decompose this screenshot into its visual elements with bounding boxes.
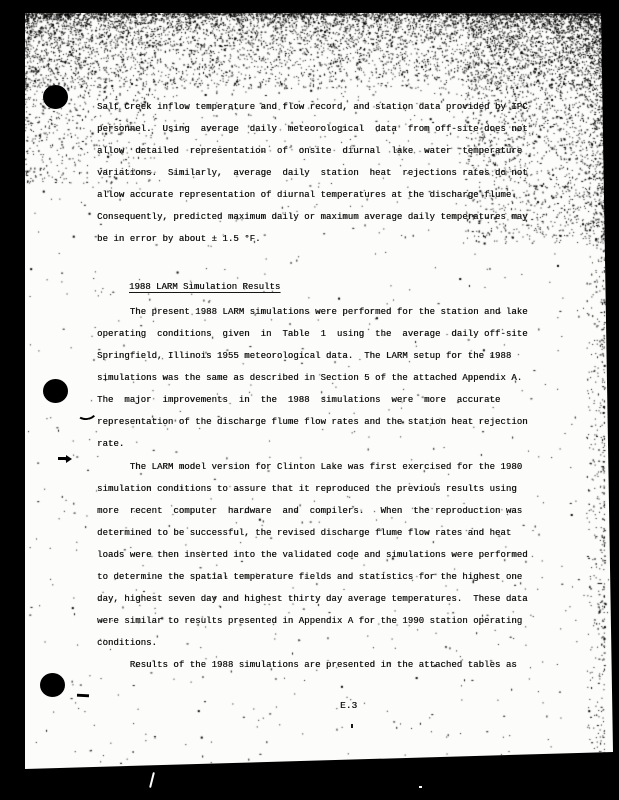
scanned-document: Salt Creek inflow temperature and flow r…	[0, 0, 619, 800]
text-line: allow detailed representation of onsite …	[97, 140, 528, 162]
text-line: allow accurate representation of diurnal…	[97, 184, 528, 206]
text-line: to determine the spatial temperature fie…	[97, 566, 528, 588]
text-line: variations. Similarly, average daily sta…	[97, 162, 528, 184]
hole-punch-top	[43, 85, 68, 109]
text-line: Springfield, Illinois 1955 meteorologica…	[97, 345, 528, 367]
handwritten-arrow-mark	[58, 457, 67, 460]
text-line: be in error by about ± 1.5 °F.	[97, 228, 528, 250]
text-line: operating conditions given in Table 1 us…	[97, 323, 528, 345]
text-line: were similar to results presented in App…	[97, 610, 528, 632]
text-line: simulation conditions to assure that it …	[97, 478, 528, 500]
paragraph-1: Salt Creek inflow temperature and flow r…	[97, 96, 528, 250]
text-line: more recent computer hardware and compil…	[97, 500, 528, 522]
text-line: Consequently, predicted maximum daily or…	[97, 206, 528, 228]
text-line: simulations was the same as described in…	[97, 367, 528, 389]
text-line: day, highest seven day and highest thirt…	[97, 588, 528, 610]
text-line: rate.	[97, 433, 528, 455]
text-line: representation of the discharge flume fl…	[97, 411, 528, 433]
section-heading: 1988 LARM Simulation Results	[129, 276, 280, 298]
text-line: loads were then inserted into the valida…	[97, 544, 528, 566]
paragraph-4: Results of the 1988 simulations are pres…	[97, 654, 517, 676]
text-line: conditions.	[97, 632, 528, 654]
hole-punch-bottom	[40, 673, 65, 697]
text-line: Salt Creek inflow temperature and flow r…	[97, 96, 528, 118]
hole-punch-middle	[43, 379, 68, 403]
page-number: E.3	[340, 700, 357, 711]
text-line: The major improvements in the 1988 simul…	[97, 389, 528, 411]
text-line: The present 1988 LARM simulations were p…	[97, 301, 528, 323]
paragraph-2: The present 1988 LARM simulations were p…	[97, 301, 528, 455]
paragraph-3: The LARM model version for Clinton Lake …	[97, 456, 528, 654]
text-line: personnel. Using average daily meteorolo…	[97, 118, 528, 140]
text-line: determined to be successful, the revised…	[97, 522, 528, 544]
document-body: Salt Creek inflow temperature and flow r…	[97, 0, 541, 800]
handwritten-dash-mark	[77, 694, 89, 697]
text-line: Results of the 1988 simulations are pres…	[97, 654, 517, 676]
text-line: The LARM model version for Clinton Lake …	[97, 456, 528, 478]
